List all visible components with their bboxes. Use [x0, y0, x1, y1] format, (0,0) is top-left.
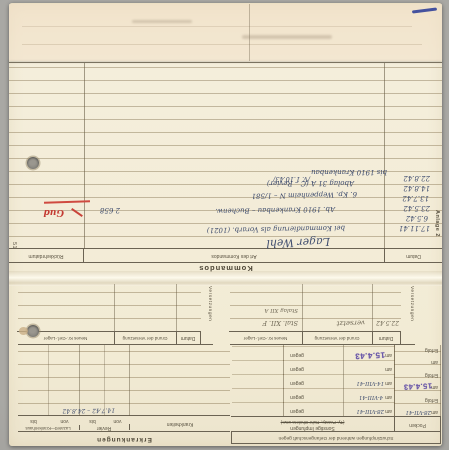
pocken-label: Pocken	[395, 416, 441, 432]
kommandos-row-datum: 6.5.42	[406, 214, 428, 222]
versetzung-grund: versetzt	[336, 319, 365, 328]
versetzung-datum: 22.5.42	[376, 319, 399, 326]
erfolg-label: Erfolg	[425, 397, 438, 403]
lazarett-entry: 14.7.42 – 24.8.42	[62, 407, 115, 415]
kommandos-row-datum: 23.5.42	[403, 204, 430, 212]
impfung-entry: 14-VIII-41	[356, 380, 384, 386]
am-label: am	[385, 380, 392, 386]
bis-label: bis	[80, 418, 105, 424]
versetzungen-table-left: Versetzungen Datum Grund der Versetzung …	[230, 284, 415, 345]
kommandos-row-datum: 13.7.42	[402, 194, 429, 202]
pocken-entry: 28-VII-41	[405, 409, 431, 415]
gegen-label: gegen	[290, 366, 304, 372]
schutzimpfungen-section: Schutzimpfungen während der Gefangenscha…	[231, 345, 441, 444]
impfung-entry: 4-VIII-41	[359, 394, 383, 400]
schutzimpfungen-title: Schutzimpfungen während der Gefangenscha…	[231, 431, 441, 444]
sonstige-body: am gegen am gegen am gegen am gegen am g…	[283, 345, 395, 416]
col-datum-label: Datum	[385, 249, 442, 262]
gegen-label: gegen	[290, 352, 304, 358]
lazarett-label: Lazarett—Krankenhaus	[17, 425, 80, 430]
sonstige-sub-label: (Ty.-Paraty., Ruhr-Cholera usw.)	[231, 420, 394, 425]
sonstige-label: Sonstige Impfungen	[231, 425, 394, 431]
erfolg-label: Erfolg	[425, 372, 438, 378]
kommandos-page: Kommandos Anlage 2 51 Datum Art des Komm…	[9, 4, 442, 278]
bis-label: bis	[18, 418, 49, 424]
erfolg-label: Erfolg	[425, 347, 438, 353]
record-page: Schutzimpfungen während der Gefangenscha…	[9, 283, 442, 446]
sonstige-blank-area	[232, 345, 284, 416]
von-label: von	[105, 418, 130, 424]
punch-hole	[27, 325, 39, 337]
scanned-document: Kommandos Anlage 2 51 Datum Art des Komm…	[0, 0, 449, 450]
kommandos-row-art: Lager Wehl	[266, 235, 330, 250]
kommandos-title: Kommandos	[9, 264, 442, 273]
versetzung-lager: Stalag XII A	[264, 307, 298, 313]
kommandos-row-art-extra: 2 658	[100, 206, 120, 214]
gegen-label: gegen	[290, 408, 304, 414]
erkrankungen-section: Erkrankungen Krankheiten Revier von bis …	[18, 345, 230, 444]
erkrankungen-header: Krankheiten Revier von bis Lazarett—Kran…	[18, 415, 230, 432]
am-label: am	[431, 409, 438, 415]
v-datum-label: Datum	[372, 331, 401, 344]
pencil-smudge	[242, 35, 332, 39]
kommandos-row-datum: 17.11.41	[399, 224, 430, 232]
impfung-date-stamp: 15.4.43	[355, 350, 386, 361]
kommandos-row-art-extra: /V. 1.10.43/	[273, 175, 310, 183]
kommandos-body	[9, 63, 442, 249]
am-label: am	[431, 359, 438, 365]
kommandos-row-datum: 14.8.42	[403, 184, 430, 192]
pocken-date-stamp: 15.4.43	[403, 381, 432, 391]
von-label: von	[49, 418, 80, 424]
card-behind-strip	[9, 4, 442, 61]
v-grund-label: Grund der Versetzung	[114, 331, 177, 344]
v-grund-label: Grund der Versetzung	[302, 331, 373, 344]
kommandos-header-row: Datum Art des Kommandos Rückkehrdatum	[9, 248, 442, 263]
impfung-entry: 28-VIII-41	[356, 408, 384, 414]
versetzungen-table-right: Versetzungen Datum Grund der Versetzung …	[18, 284, 213, 345]
kommandos-row-datum: 22.8.42	[403, 174, 430, 182]
versetzungen-body-empty	[18, 284, 201, 331]
col-art-label: Art des Kommandos	[83, 249, 385, 262]
am-label: am	[385, 394, 392, 400]
kommandos-row-art: bis 1910 Krankenbau	[311, 168, 387, 176]
pencil-smudge	[132, 20, 192, 23]
punch-hole	[27, 157, 39, 169]
revier-label: Revier	[79, 425, 130, 431]
versetzungen-label: Versetzungen	[207, 286, 212, 340]
v-lager-label: Neues Kr.-Gef.-Lager	[229, 331, 303, 344]
erkrankungen-title: Erkrankungen	[18, 436, 230, 443]
paper-tear-mark	[19, 327, 28, 335]
krankheiten-label: Krankheiten	[130, 417, 230, 431]
red-note: Gud	[43, 207, 64, 217]
erkrankungen-body: 14.7.42 – 24.8.42	[18, 345, 230, 416]
am-label: am	[385, 352, 392, 358]
versetzungen-label: Versetzungen	[409, 286, 414, 340]
versetzungen-body: 22.5.42 versetzt Stal. XII. F Stalag XII…	[230, 284, 401, 331]
sonstige-header: Sonstige Impfungen (Ty.-Paraty., Ruhr-Ch…	[231, 416, 395, 432]
am-label: am	[385, 366, 392, 372]
pocken-body: am Erfolg am Erfolg am Erfolg 28-VII-41 …	[394, 345, 441, 416]
v-datum-label: Datum	[176, 331, 201, 344]
gegen-label: gegen	[290, 380, 304, 386]
kommandos-table: Datum Art des Kommandos Rückkehrdatum 17…	[9, 62, 442, 263]
gegen-label: gegen	[290, 394, 304, 400]
col-rueckkehr-label: Rückkehrdatum	[9, 249, 83, 262]
am-label: am	[385, 408, 392, 414]
versetzung-lager: Stal. XII. F	[262, 319, 298, 327]
